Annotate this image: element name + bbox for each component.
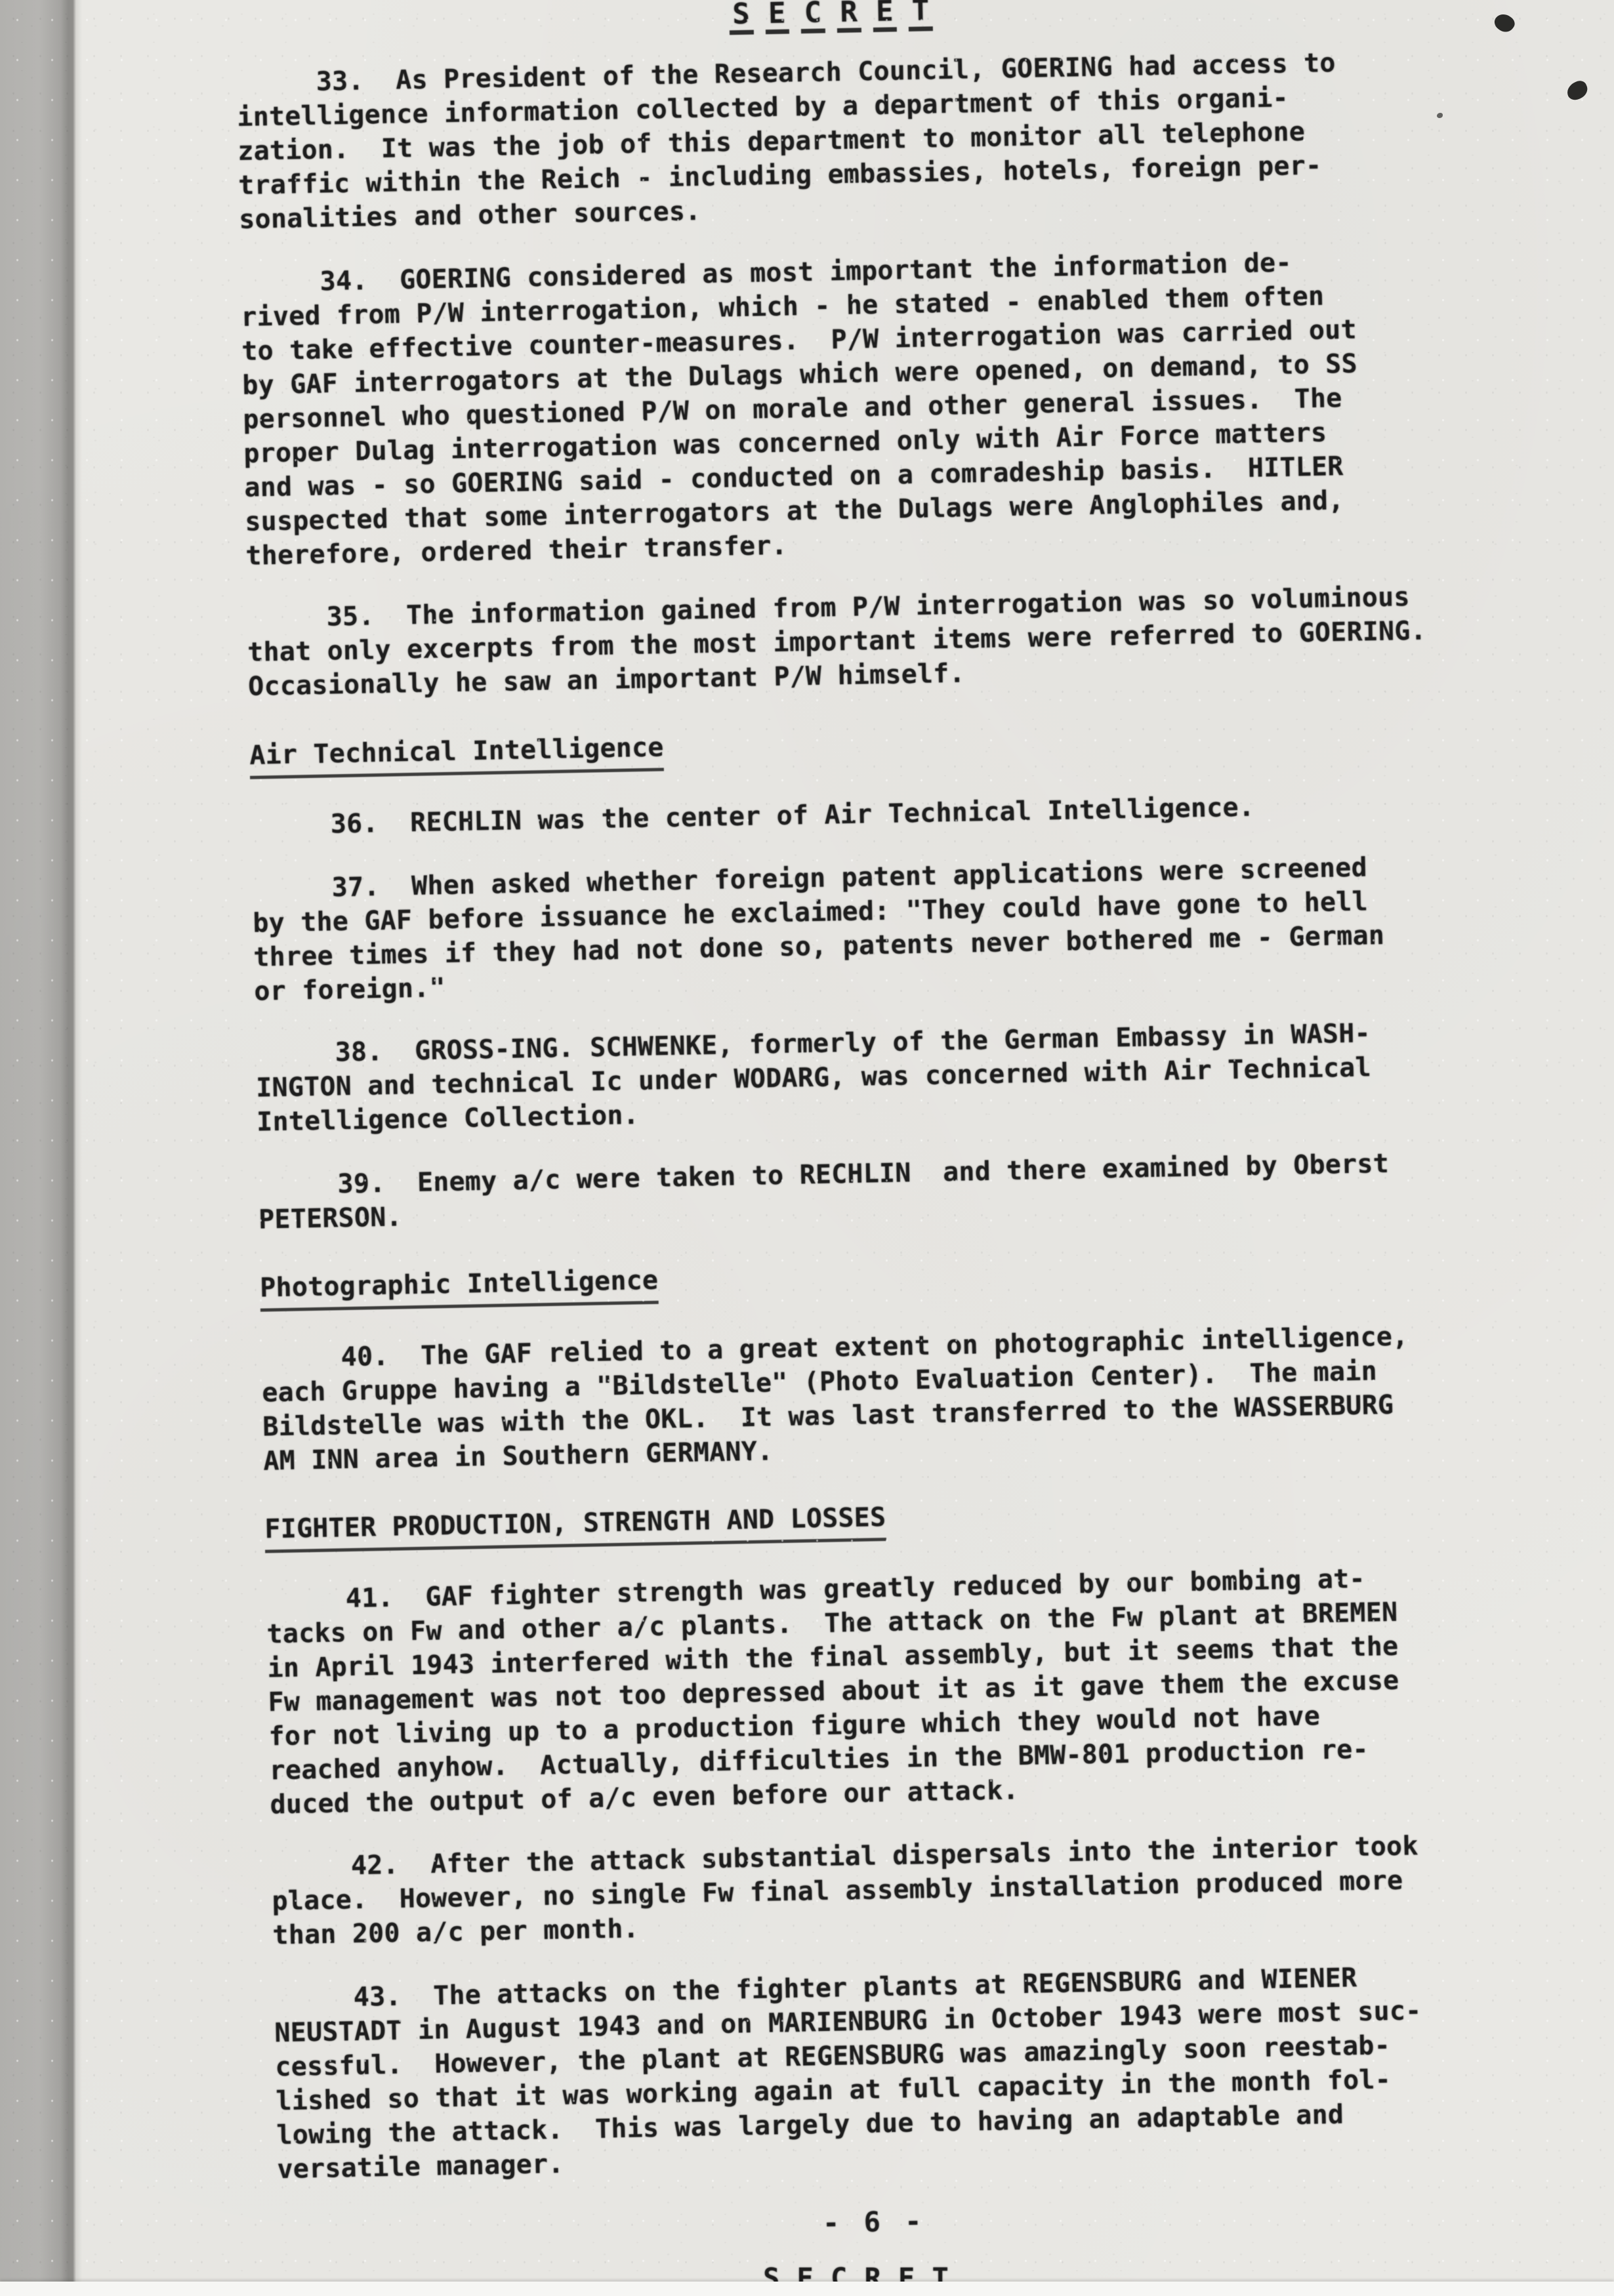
- classification-letter: C: [800, 0, 825, 33]
- paragraph-37: 37. When asked whether foreign patent ap…: [252, 849, 1446, 1008]
- paragraph-34: 34. GOERING considered as most important…: [240, 243, 1438, 573]
- classification-letter: T: [908, 0, 933, 31]
- scan-bottom-strip: [0, 2282, 1614, 2296]
- section-heading: FIGHTER PRODUCTION, STRENGTH AND LOSSES: [264, 1500, 886, 1553]
- paragraph-40: 40. The GAF relied to a great extent on …: [261, 1319, 1455, 1478]
- paragraph-42: 42. After the attack substantial dispers…: [271, 1828, 1464, 1953]
- scan-edge-band: [0, 0, 82, 2296]
- ink-speck: [1491, 10, 1518, 36]
- document-page: SECRET 33. As President of the Research …: [0, 0, 1614, 2296]
- paragraph-38: 38. GROSS-ING. SCHWENKE, formerly of the…: [255, 1015, 1449, 1139]
- classification-letter: R: [837, 0, 861, 33]
- ink-speck: [1437, 113, 1443, 118]
- classification-stamp: SECRET: [235, 0, 1427, 45]
- paragraph-43: 43. The attacks on the fighter plants at…: [274, 1959, 1469, 2186]
- document-body: 33. As President of the Research Council…: [236, 43, 1469, 2186]
- classification-letter: E: [873, 0, 898, 32]
- paragraph-33: 33. As President of the Research Council…: [236, 44, 1430, 237]
- section-heading: Air Technical Intelligence: [249, 730, 664, 779]
- classification-letter: S: [729, 0, 754, 35]
- section-heading: Photographic Intelligence: [260, 1263, 659, 1312]
- page-number: - 6 -: [278, 2194, 1470, 2251]
- paragraph-36: 36. RECHLIN was the center of Air Techni…: [251, 787, 1443, 843]
- paragraph-41: 41. GAF fighter strength was greatly red…: [266, 1560, 1462, 1822]
- classification-letter: E: [765, 0, 790, 34]
- ink-speck: [1564, 79, 1590, 103]
- paragraph-39: 39. Enemy a/c were taken to RECHLIN and …: [258, 1145, 1451, 1237]
- document-content: SECRET 33. As President of the Research …: [235, 0, 1470, 2251]
- paragraph-35: 35. The information gained from P/W inte…: [247, 579, 1440, 704]
